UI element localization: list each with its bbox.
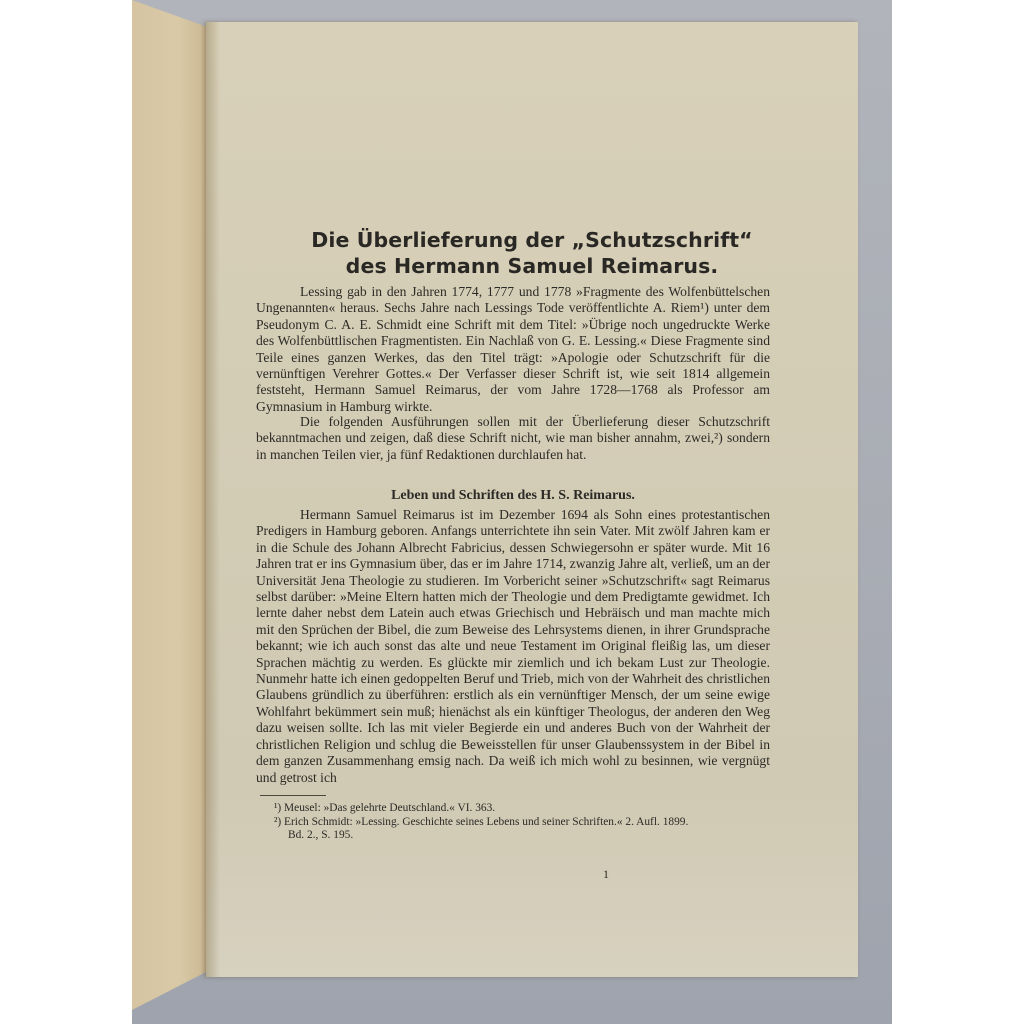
printed-page: Die Überlieferung der „Schutzschrift“ de… <box>206 22 858 977</box>
page-gutter-shadow <box>206 22 220 977</box>
paragraph-2: Die folgenden Ausführungen sollen mit de… <box>256 414 770 463</box>
previous-page-edge <box>132 0 210 1010</box>
paragraph-3-text: Hermann Samuel Reimarus ist im Dezember … <box>256 507 770 786</box>
section-heading: Leben und Schriften des H. S. Reimarus. <box>256 488 770 504</box>
footnote-2-text: ²) Erich Schmidt: »Lessing. Geschichte s… <box>274 816 688 828</box>
footnote-2: ²) Erich Schmidt: »Lessing. Geschichte s… <box>274 816 814 843</box>
page-number: 1 <box>132 867 892 882</box>
paragraph-2-text: Die folgenden Ausführungen sollen mit de… <box>256 414 770 463</box>
paragraph-1-text: Lessing gab in den Jahren 1774, 1777 und… <box>256 284 770 415</box>
footnotes: ¹) Meusel: »Das gelehrte Deutschland.« V… <box>274 802 814 843</box>
footnote-rule <box>260 795 326 796</box>
footnote-1: ¹) Meusel: »Das gelehrte Deutschland.« V… <box>274 802 814 816</box>
page-title: Die Überlieferung der „Schutzschrift“ de… <box>206 227 858 279</box>
footnote-2-continuation: Bd. 2., S. 195. <box>274 829 814 843</box>
paragraph-1: Lessing gab in den Jahren 1774, 1777 und… <box>256 284 770 415</box>
paragraph-3: Hermann Samuel Reimarus ist im Dezember … <box>256 507 770 786</box>
photograph: Die Überlieferung der „Schutzschrift“ de… <box>132 0 892 1024</box>
title-line-2: des Hermann Samuel Reimarus. <box>206 253 858 279</box>
title-line-1: Die Überlieferung der „Schutzschrift“ <box>206 227 858 253</box>
